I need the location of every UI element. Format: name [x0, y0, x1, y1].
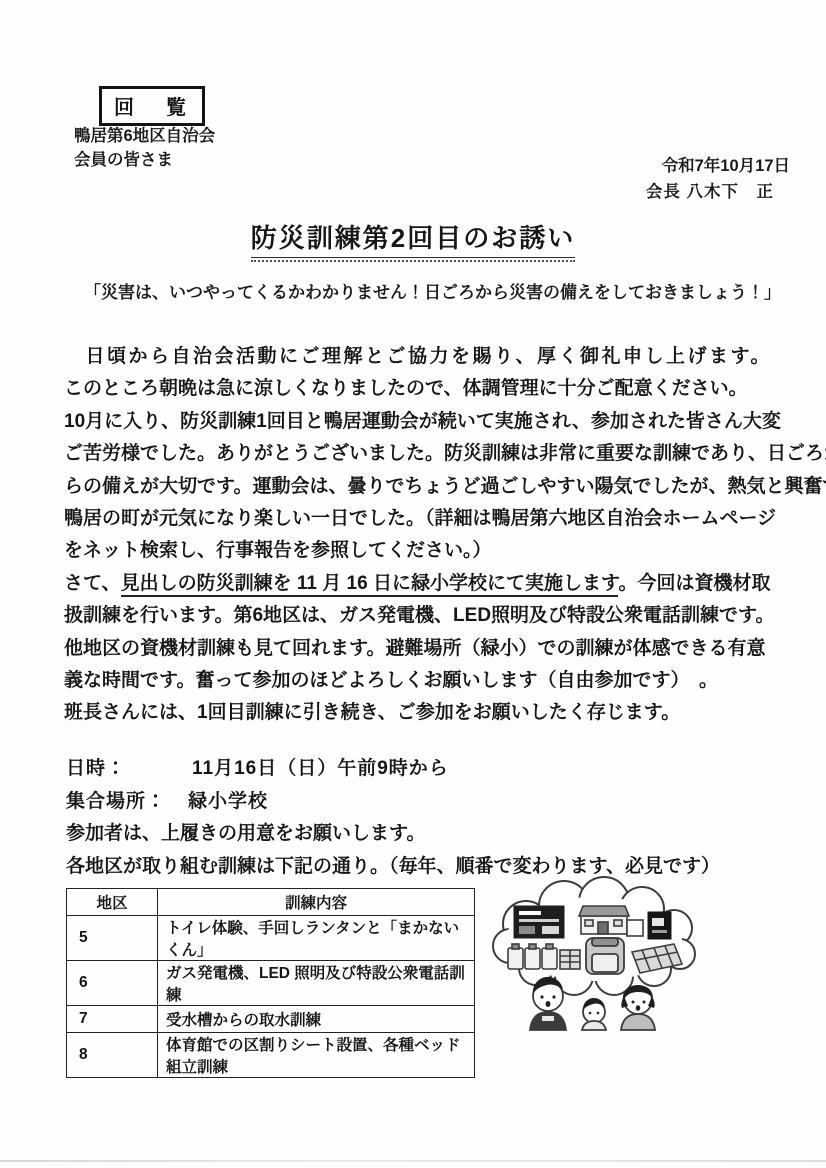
district-training-table: 地区 訓練内容 5 トイレ体験、手回しランタンと「まかないくん」 6 ガス発電機… [66, 888, 475, 1078]
body-text: 日頃から自治会活動にご理解とご協力を賜り、厚く御礼申し上げます。 このところ朝晩… [64, 341, 790, 730]
detail-place: 集合場所：緑小学校 [66, 786, 792, 819]
content-cell: 体育館での区割りシート設置、各種ベッド組立訓練 [158, 1033, 475, 1078]
title-row: 防災訓練第2回目のお誘い [0, 218, 826, 262]
document-date: 令和7年10月17日 [646, 153, 790, 179]
page-title: 防災訓練第2回目のお誘い [251, 218, 575, 258]
tv-news-icon [514, 906, 564, 938]
body-line: 班長さんには、1回目訓練に引き続き、ご参加をお願いしたく存じます。 [64, 697, 790, 729]
table-row: 6 ガス発電機、LED 照明及び特設公衆電話訓練 [67, 961, 475, 1006]
district-cell: 6 [67, 961, 158, 1006]
table-row: 7 受水槽からの取水訓練 [67, 1006, 475, 1033]
emphasis-underlined-text: 見出しの防災訓練を 11 月 16 日に緑小学校にて実施します [121, 573, 619, 597]
detail-datetime: 日時：11月16日（日）午前9時から [66, 753, 792, 786]
district-cell: 7 [67, 1006, 158, 1033]
body-line: このところ朝晩は急に涼しくなりましたので、体調管理に十分ご配意ください。 [64, 373, 790, 405]
body-line: らの備えが大切です。運動会は、曇りでちょうど過ごしやすい陽気でしたが、熱気と興奮… [64, 471, 790, 503]
slogan-line: 「災害は、いつやってくるかわかりません！日ごろから災害の備えをしておきましょう！… [84, 278, 804, 303]
photo-icon [648, 912, 671, 939]
table-row: 5 トイレ体験、手回しランタンと「まかないくん」 [67, 916, 475, 961]
circulation-stamp-label: 回 覧 [114, 97, 192, 119]
content-cell: トイレ体験、手回しランタンと「まかないくん」 [158, 916, 475, 961]
table-header-row: 地区 訓練内容 [67, 889, 475, 916]
body-line: 鴨居の町が元気になり楽しい一日でした。（詳細は鴨居第六地区自治会ホームページ [64, 503, 790, 535]
header-district: 地区 [67, 889, 158, 916]
emphasis-prefix: さて、 [64, 573, 121, 594]
place-label: 集合場所： [66, 791, 166, 812]
chairman-signature: 会長 八木下 正 [646, 179, 790, 205]
header-content: 訓練内容 [158, 889, 475, 916]
event-details: 日時：11月16日（日）午前9時から 集合場所：緑小学校 参加者は、上履きの用意… [66, 753, 792, 883]
family-emergency-supplies-illustration [486, 876, 706, 1034]
addressee-block: 鴨居第6地区自治会 会員の皆さま [74, 124, 215, 172]
body-line-emphasized: さて、見出しの防災訓練を 11 月 16 日に緑小学校にて実施します。今回は資機… [64, 568, 790, 600]
date-signature-block: 令和7年10月17日 会長 八木下 正 [646, 153, 790, 205]
district-cell: 8 [67, 1033, 158, 1078]
datetime-label: 日時： [66, 758, 126, 779]
body-line: 日頃から自治会活動にご理解とご協力を賜り、厚く御礼申し上げます。 [64, 341, 790, 373]
addressee-org: 鴨居第6地区自治会 [74, 124, 215, 148]
table-row: 8 体育館での区割りシート設置、各種ベッド組立訓練 [67, 1033, 475, 1078]
mother-figure [621, 985, 655, 1030]
datetime-value: 11月16日（日）午前9時から [192, 758, 449, 779]
addressee-members: 会員の皆さま [74, 148, 215, 172]
scanned-circular-page: 回 覧 鴨居第6地区自治会 会員の皆さま 令和7年10月17日 会長 八木下 正… [0, 0, 826, 1168]
backpack-icon [586, 938, 624, 974]
district-cell: 5 [67, 916, 158, 961]
place-value: 緑小学校 [188, 791, 268, 812]
child-figure [582, 998, 606, 1030]
title-underline: 防災訓練第2回目のお誘い [251, 218, 575, 262]
content-cell: 受水槽からの取水訓練 [158, 1006, 475, 1033]
body-line: ご苦労様でした。ありがとうございました。防災訓練は非常に重要な訓練であり、日ごろ… [64, 438, 790, 470]
emphasis-suffix: 。今回は資機材取 [618, 573, 770, 594]
body-line: をネット検索し、行事報告を参照してください。） [64, 535, 790, 567]
note-shoes: 参加者は、上履きの用意をお願いします。 [66, 818, 792, 851]
content-cell: ガス発電機、LED 照明及び特設公衆電話訓練 [158, 961, 475, 1006]
scanner-edge-artifact [0, 1160, 826, 1162]
body-line: 扱訓練を行います。第6地区は、ガス発電機、LED照明及び特設公衆電話訓練です。 [64, 600, 790, 632]
body-line: 10月に入り、防災訓練1回目と鴨居運動会が続いて実施され、参加された皆さん大変 [64, 406, 790, 438]
circulation-stamp: 回 覧 [99, 86, 205, 126]
body-line: 義な時間です。奮って参加のほどよろしくお願いします（自由参加です） 。 [64, 665, 790, 697]
body-line: 他地区の資機材訓練も見て回れます。避難場所（緑小）での訓練が体感できる有意 [64, 633, 790, 665]
father-figure [530, 977, 566, 1030]
